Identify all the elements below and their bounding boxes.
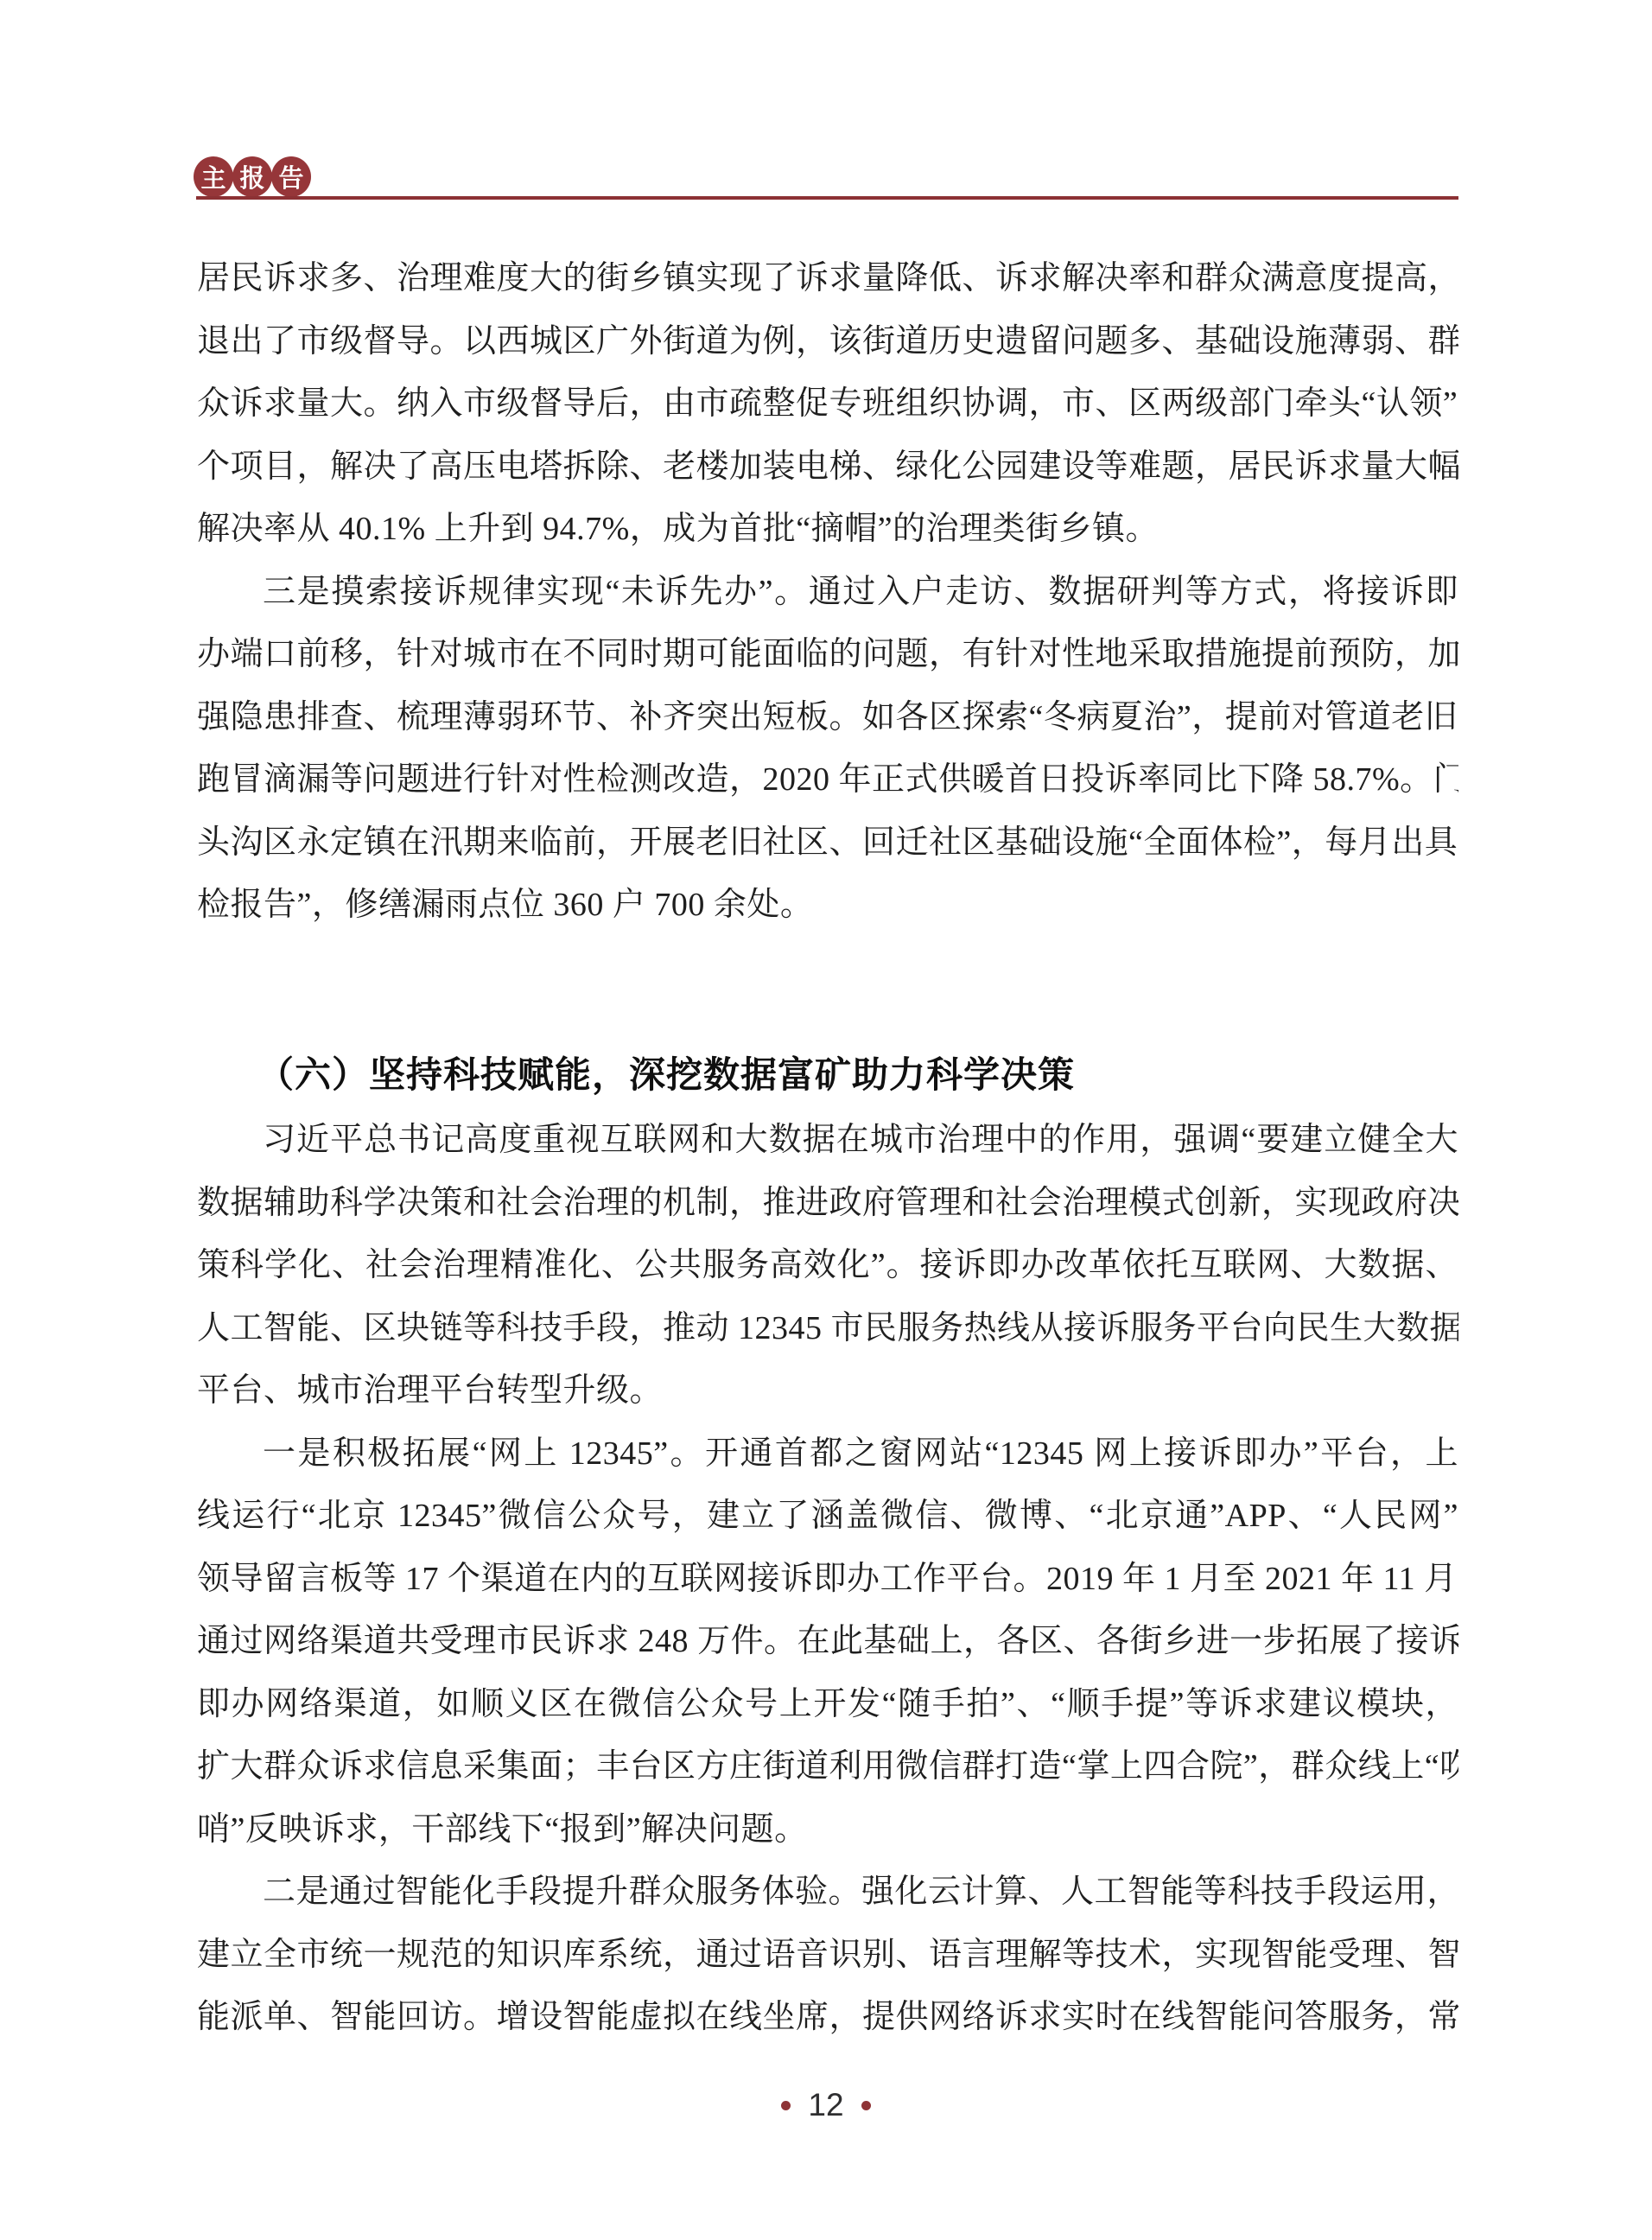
- text-line: 即办网络渠道，如顺义区在微信公众号上开发“随手拍”、“顺手提”等诉求建议模块，: [197, 1673, 1458, 1736]
- footer-dot-icon: [861, 2101, 871, 2110]
- logo-badge-icon: 主: [194, 156, 233, 197]
- text-line: 居民诉求多、治理难度大的街乡镇实现了诉求量降低、诉求解决率和群众满意度提高，: [197, 247, 1458, 310]
- text-line: 个项目，解决了高压电塔拆除、老楼加装电梯、绿化公园建设等难题，居民诉求量大幅减少…: [197, 436, 1458, 499]
- text-line: 跑冒滴漏等问题进行针对性检测改造，2020 年正式供暖首日投诉率同比下降 58.…: [197, 748, 1458, 811]
- footer-dot-icon: [781, 2101, 791, 2110]
- document-page: 主 报 告 居民诉求多、治理难度大的街乡镇实现了诉求量降低、诉求解决率和群众满意…: [0, 0, 1652, 2240]
- text-line: 检报告”，修缮漏雨点位 360 户 700 余处。: [197, 874, 1458, 937]
- text-line: 人工智能、区块链等科技手段，推动 12345 市民服务热线从接诉服务平台向民生大…: [197, 1297, 1458, 1360]
- text-line: 二是通过智能化手段提升群众服务体验。强化云计算、人工智能等科技手段运用，: [197, 1861, 1458, 1924]
- text-line: 线运行“北京 12345”微信公众号，建立了涵盖微信、微博、“北京通”APP、“…: [197, 1485, 1458, 1548]
- page-footer: 12: [0, 2084, 1652, 2126]
- body-text-block: 居民诉求多、治理难度大的街乡镇实现了诉求量降低、诉求解决率和群众满意度提高， 退…: [197, 247, 1458, 937]
- text-line: 众诉求量大。纳入市级督导后，由市疏整促专班组织协调，市、区两级部门牵头“认领”5…: [197, 372, 1458, 436]
- text-line: 习近平总书记高度重视互联网和大数据在城市治理中的作用，强调“要建立健全大: [197, 1109, 1458, 1172]
- header-rule: [196, 196, 1458, 200]
- section-heading: （六）坚持科技赋能，深挖数据富矿助力科学决策: [197, 1048, 1458, 1102]
- text-line: 领导留言板等 17 个渠道在内的互联网接诉即办工作平台。2019 年 1 月至 …: [197, 1548, 1458, 1611]
- text-line: 通过网络渠道共受理市民诉求 248 万件。在此基础上，各区、各街乡进一步拓展了接…: [197, 1610, 1458, 1673]
- logo-badge-icon: 告: [271, 156, 311, 197]
- text-line: 一是积极拓展“网上 12345”。开通首都之窗网站“12345 网上接诉即办”平…: [197, 1422, 1458, 1486]
- logo-badge-icon: 报: [232, 156, 272, 197]
- text-line: 哨”反映诉求，干部线下“报到”解决问题。: [197, 1798, 1458, 1861]
- text-line: 解决率从 40.1% 上升到 94.7%，成为首批“摘帽”的治理类街乡镇。: [197, 498, 1458, 561]
- report-logo: 主 报 告: [194, 156, 310, 197]
- text-line: 平台、城市治理平台转型升级。: [197, 1359, 1458, 1422]
- text-line: 三是摸索接诉规律实现“未诉先办”。通过入户走访、数据研判等方式，将接诉即: [197, 561, 1458, 624]
- text-line: 数据辅助科学决策和社会治理的机制，推进政府管理和社会治理模式创新，实现政府决: [197, 1172, 1458, 1235]
- text-line: 扩大群众诉求信息采集面；丰台区方庄街道利用微信群打造“掌上四合院”，群众线上“吹: [197, 1735, 1458, 1798]
- text-line: 退出了市级督导。以西城区广外街道为例，该街道历史遗留问题多、基础设施薄弱、群: [197, 310, 1458, 373]
- text-line: 建立全市统一规范的知识库系统，通过语音识别、语言理解等技术，实现智能受理、智: [197, 1924, 1458, 1987]
- text-line: 能派单、智能回访。增设智能虚拟在线坐席，提供网络诉求实时在线智能问答服务，常: [197, 1986, 1458, 2049]
- body-text-block: 习近平总书记高度重视互联网和大数据在城市治理中的作用，强调“要建立健全大 数据辅…: [197, 1109, 1458, 2049]
- text-line: 强隐患排查、梳理薄弱环节、补齐突出短板。如各区探索“冬病夏治”，提前对管道老旧、: [197, 686, 1458, 749]
- page-number: 12: [808, 2084, 843, 2126]
- text-line: 头沟区永定镇在汛期来临前，开展老旧社区、回迁社区基础设施“全面体检”，每月出具“…: [197, 811, 1458, 875]
- text-line: 策科学化、社会治理精准化、公共服务高效化”。接诉即办改革依托互联网、大数据、: [197, 1234, 1458, 1297]
- text-line: 办端口前移，针对城市在不同时期可能面临的问题，有针对性地采取措施提前预防，加: [197, 623, 1458, 686]
